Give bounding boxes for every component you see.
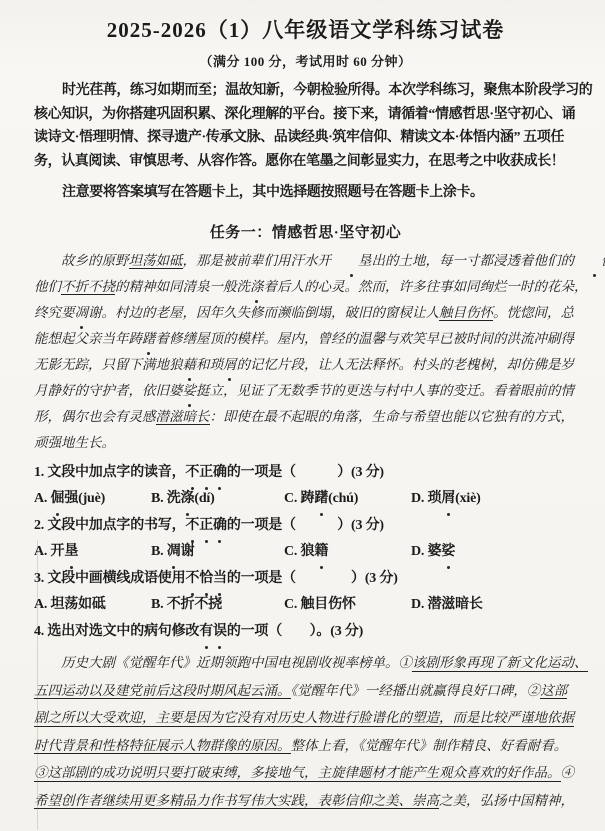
text-run: D. 婆 [411, 544, 441, 559]
sick-sentence-passage: 历史大剧《觉醒年代》近期领跑中国电视剧收视率榜单。①该剧形象再现了新文化运动、五… [34, 649, 577, 814]
dotted-char: 确 [213, 460, 227, 487]
dotted-char: 不 [185, 566, 199, 593]
reading-passage: 故乡的原野坦荡如砥，那是被前辈们用汗水开垦出的土地，每一寸都浸透着他们的倔强，他… [34, 248, 577, 456]
text-run: A. 坦荡如砥 [34, 597, 106, 612]
text-run: 的一项（ ）。(3 分) [227, 624, 363, 639]
dotted-char: 屑 [223, 352, 237, 378]
underlined-phrase: 该剧形象再现了新文化运动、 [412, 655, 588, 672]
dotted-char: 垦 [331, 248, 372, 274]
passage-line: 五四运动以及建党前后这段时期风起云涌。《觉醒年代》一经播出就赢得良好口碑，②这部 [34, 677, 577, 705]
text-run: 故乡的原野 [61, 253, 129, 268]
options-row: A. 坦荡如砥B. 不折不挠C. 触目伤怀D. 潜滋暗长 [34, 592, 577, 619]
passage-line: 能想起父亲当年踌躇着修缮屋顶的模样。屋内，曾经的温馨与欢笑早已被时间的洪流冲刷得 [34, 326, 577, 352]
text-run: 的一项是（ ）(3 分) [227, 571, 398, 586]
intro-line: 时光荏苒，练习如期而至；温故知新，今朝检验所得。本次学科练习，聚焦本阶段学习的 [34, 79, 577, 103]
dotted-char: 藉 [183, 352, 197, 378]
text-run: C. 触目伤怀 [284, 597, 356, 612]
passage-line: ③这部剧的成功说明只要打破束缚，多接地气，主旋律题材才能产生观众喜欢的好作品。④ [34, 759, 577, 787]
dotted-char: 屑 [441, 486, 455, 513]
passage-line: 无影无踪，只留下满地狼藉和琐屑的记忆片段，让人无法释怀。村头的老槐树，却仿佛是岁 [34, 352, 577, 378]
question-text: 3. 文段中画横线成语使用不恰当的一项是（ ）(3 分) [34, 566, 577, 593]
text-run: 着后人的心灵。然而，许多往事如同绚烂一时的花朵， [264, 279, 588, 294]
question-text: 2. 文段中加点字的书写，不正确的一项是（ ）(3 分) [34, 513, 577, 540]
text-run: 终究要 [34, 305, 75, 320]
dotted-char: 娑 [183, 378, 197, 404]
task1-heading: 任务一：情感哲思·坚守初心 [34, 221, 577, 242]
text-run: 3. 文段中画横线成语使用 [34, 571, 185, 586]
passage-line: 他们不折不挠的精神如同清泉一般洗涤着后人的心灵。然而，许多往事如同绚烂一时的花朵… [34, 274, 577, 300]
dotted-char: 躇 [314, 486, 328, 513]
dotted-char: 涤 [250, 274, 264, 300]
passage-line: 希望创作者继续用更多精品力作书写伟大实践，表彰信仰之美、崇高之美，弘扬中国精神， [34, 787, 577, 815]
text-run: D. 潜滋暗长 [411, 597, 483, 612]
text-run: 整体上看，《觉醒年代》制作精良、好看耐看。 [291, 738, 568, 753]
dotted-char: 倔 [51, 486, 65, 513]
underlined-phrase: 潜滋暗长 [156, 409, 210, 426]
text-run: B. 洗 [151, 491, 181, 506]
option: B. 凋谢 [151, 539, 284, 566]
text-run: D. 琐 [411, 491, 441, 506]
option: C. 触目伤怀 [284, 592, 411, 619]
text-run: 《觉醒年代》一经播出就赢得良好口碑，② [291, 683, 541, 698]
intro-line: 注意要将答案填写在答题卡上，其中选择题按照题号在答题卡上涂卡。 [34, 181, 577, 205]
text-run: 注意要将答案填写在答题卡上，其中选择题按照题号在答题卡上涂卡。 [62, 185, 484, 200]
underlined-phrase: 坦荡如砥 [129, 253, 183, 270]
text-run: 务，认真阅读、审慎思考、从容作答。愿你在笔墨之间彰显实力，在思考之中收获成长！ [34, 154, 564, 169]
passage-line: 月静好的守护者，依旧婆娑挺立，见证了无数季节的更迭与村中人事的变迁。看着眼前的情 [34, 378, 577, 404]
passage-line: 剧之所以大受欢迎，主要是因为它没有对历史人物进行脸谱化的塑造，而是比较严谨地依据 [34, 704, 577, 732]
options-row: A. 倔强(juè)B. 洗涤(dí)C. 踌躇(chú)D. 琐屑(xiè) [34, 486, 577, 513]
underlined-phrase: 时代背景和性格特征展示人物群像的原因。 [34, 738, 291, 755]
options-row: A. 开垦B. 凋谢C. 狼籍D. 婆娑 [34, 539, 577, 566]
text-run: 历史大剧《觉醒年代》近期领跑中国电视剧收视率榜单。① [61, 655, 412, 670]
dotted-char: 恰 [199, 566, 213, 593]
option: D. 琐屑(xiè) [411, 486, 577, 513]
text-run: 的记忆片段，让人无法释怀。村头的老槐树，却仿佛是岁 [237, 357, 575, 372]
dotted-char: 凋 [75, 300, 89, 326]
dotted-char: 正 [199, 460, 213, 487]
underlined-phrase: 希望创作者继续用更多精品力作书写伟大实践，表彰信仰之美、崇高 [34, 793, 439, 810]
option: C. 狼籍 [284, 539, 411, 566]
passage-line: 时代背景和性格特征展示人物群像的原因。整体上看，《觉醒年代》制作精良、好看耐看。 [34, 732, 577, 760]
dotted-char: 当 [213, 566, 227, 593]
text-run: 时光荏苒，练习如期而至；温故知新，今朝检验所得。本次学科练习，聚焦本阶段学习的 [62, 83, 592, 98]
dotted-char: 涤 [181, 486, 195, 513]
exam-paper-page: 2025-2026（1）八年级语文学科练习试卷 （满分 100 分，考试用时 6… [0, 0, 605, 814]
option: C. 踌躇(chú) [284, 486, 411, 513]
question-text: 4. 选出对选文中的病句修改有误的一项（ ）。(3 分) [34, 619, 577, 646]
dotted-char: 有 [199, 619, 213, 646]
text-run: 能想起父亲当年踌 [34, 331, 142, 346]
text-run: B. 不折不挠 [151, 597, 222, 612]
underlined-phrase: 不折不挠 [61, 279, 115, 296]
text-run: C. 踌 [284, 491, 314, 506]
text-run: 无影无踪，只留下满地狼 [34, 357, 183, 372]
dotted-char: 不 [185, 513, 199, 540]
passage-line: 终究要凋谢。村边的老屋，因年久失修而濒临倒塌，破旧的窗棂让人触目伤怀。恍惚间，总 [34, 300, 577, 326]
text-run: ，那是被前辈们用汗水开 [183, 253, 332, 268]
text-run: (chú) [328, 491, 358, 506]
passage-line: 形，偶尔也会有灵感潜滋暗长：即使在最不起眼的角落，生命与希望也能以它独有的方式， [34, 404, 577, 430]
text-run: ④ [561, 765, 575, 780]
text-run: 强(juè) [64, 491, 105, 506]
text-run: 和琐 [196, 357, 223, 372]
dotted-char: 娑 [441, 539, 455, 566]
passage-line: 顽强地生长。 [34, 430, 577, 456]
exam-info: （满分 100 分，考试用时 60 分钟） [34, 51, 577, 70]
dotted-char: 倔 [574, 248, 605, 274]
text-run: 他们 [34, 279, 61, 294]
dotted-char: 垦 [64, 539, 78, 566]
text-run: 的一项是（ ）(3 分) [227, 518, 384, 533]
option: A. 坦荡如砥 [34, 592, 151, 619]
text-run: 2. 文段中加点字的书写， [34, 518, 185, 533]
text-run: 的精神如同清泉一般洗 [115, 279, 250, 294]
dotted-char: 不 [185, 460, 199, 487]
dotted-char: 凋 [167, 539, 181, 566]
text-run: B. [151, 544, 167, 559]
underlined-phrase: ③这部剧的成功说明只要打破束缚，多接地气，主旋律题材才能产生观众喜欢的好作品。 [34, 765, 561, 782]
dotted-char: 籍 [314, 539, 328, 566]
question-text: 1. 文段中加点字的读音，不正确的一项是（ ）(3 分) [34, 460, 577, 487]
exam-title: 2025-2026（1）八年级语文学科练习试卷 [34, 16, 577, 44]
text-run: C. 狼 [284, 544, 314, 559]
underlined-phrase: 触目伤怀 [439, 305, 493, 322]
text-run: A. 开 [34, 544, 64, 559]
intro-line: 核心知识，为你搭建巩固积累、深化理解的平台。接下来，请循着“情感哲思·坚守初心、… [34, 103, 577, 127]
dotted-char: 躇 [142, 326, 156, 352]
option: B. 不折不挠 [151, 592, 284, 619]
underlined-phrase: 这部 [540, 683, 567, 700]
intro-line: 读诗文·悟理明情、探寻遗产·传承文脉、品读经典·筑牢信仰、精读文本·体悟内涵” … [34, 126, 577, 150]
option: B. 洗涤(dí) [151, 486, 284, 513]
text-run: 谢 [181, 544, 195, 559]
text-run: 形，偶尔也会有灵感 [34, 409, 156, 424]
text-run: 的一项是（ ）(3 分) [227, 465, 384, 480]
dotted-char: 误 [213, 619, 227, 646]
option: A. 倔强(juè) [34, 486, 151, 513]
text-run: A. [34, 491, 51, 506]
text-run: 读诗文·悟理明情、探寻遗产·传承文脉、品读经典·筑牢信仰、精读文本·体悟内涵” … [34, 130, 564, 145]
text-run: (dí) [194, 491, 214, 506]
text-run: (xiè) [455, 491, 480, 506]
underlined-phrase: 五四运动以及建党前后这段时期风起云涌。 [34, 683, 291, 700]
text-run: 顽强地生长。 [34, 435, 115, 450]
text-run: ：即使在最不起眼的角落，生命与希望也能以它独有的方式， [210, 409, 575, 424]
text-run: 谢。村边的老屋，因年久失修而濒临倒塌，破旧的窗棂让人 [88, 305, 439, 320]
text-run: 挺立，见证了无数季节的更迭与村中人事的变迁。看着眼前的情 [196, 383, 574, 398]
text-run: 4. 选出对选文中的病句修改 [34, 624, 199, 639]
intro-line: 务，认真阅读、审慎思考、从容作答。愿你在笔墨之间彰显实力，在思考之中收获成长！ [34, 150, 577, 174]
text-run: 之美，弘扬中国精神， [439, 793, 574, 808]
text-run: 核心知识，为你搭建巩固积累、深化理解的平台。接下来，请循着“情感哲思·坚守初心、… [34, 107, 575, 122]
dotted-char: 正 [199, 513, 213, 540]
text-run: 月静好的守护者，依旧婆 [34, 383, 183, 398]
text-run: 。恍惚间，总 [493, 305, 574, 320]
text-run: 1. 文段中加点字的读音， [34, 465, 185, 480]
text-run: 着修缮屋顶的模样。屋内，曾经的温馨与欢笑早已被时间的洪流冲刷得 [156, 331, 575, 346]
passage-line: 历史大剧《觉醒年代》近期领跑中国电视剧收视率榜单。①该剧形象再现了新文化运动、 [34, 649, 577, 677]
dotted-char: 确 [213, 513, 227, 540]
option: D. 潜滋暗长 [411, 592, 577, 619]
text-run: 出的土地，每一寸都浸透着他们的 [372, 253, 575, 268]
questions-section: 1. 文段中加点字的读音，不正确的一项是（ ）(3 分)A. 倔强(juè)B.… [34, 460, 577, 646]
option: A. 开垦 [34, 539, 151, 566]
passage-line: 故乡的原野坦荡如砥，那是被前辈们用汗水开垦出的土地，每一寸都浸透着他们的倔强， [34, 248, 577, 274]
intro-paragraph: 时光荏苒，练习如期而至；温故知新，今朝检验所得。本次学科练习，聚焦本阶段学习的核… [34, 79, 577, 205]
underlined-phrase: 剧之所以大受欢迎，主要是因为它没有对历史人物进行脸谱化的塑造，而是比较严谨地依据 [34, 710, 574, 727]
option: D. 婆娑 [411, 539, 577, 566]
